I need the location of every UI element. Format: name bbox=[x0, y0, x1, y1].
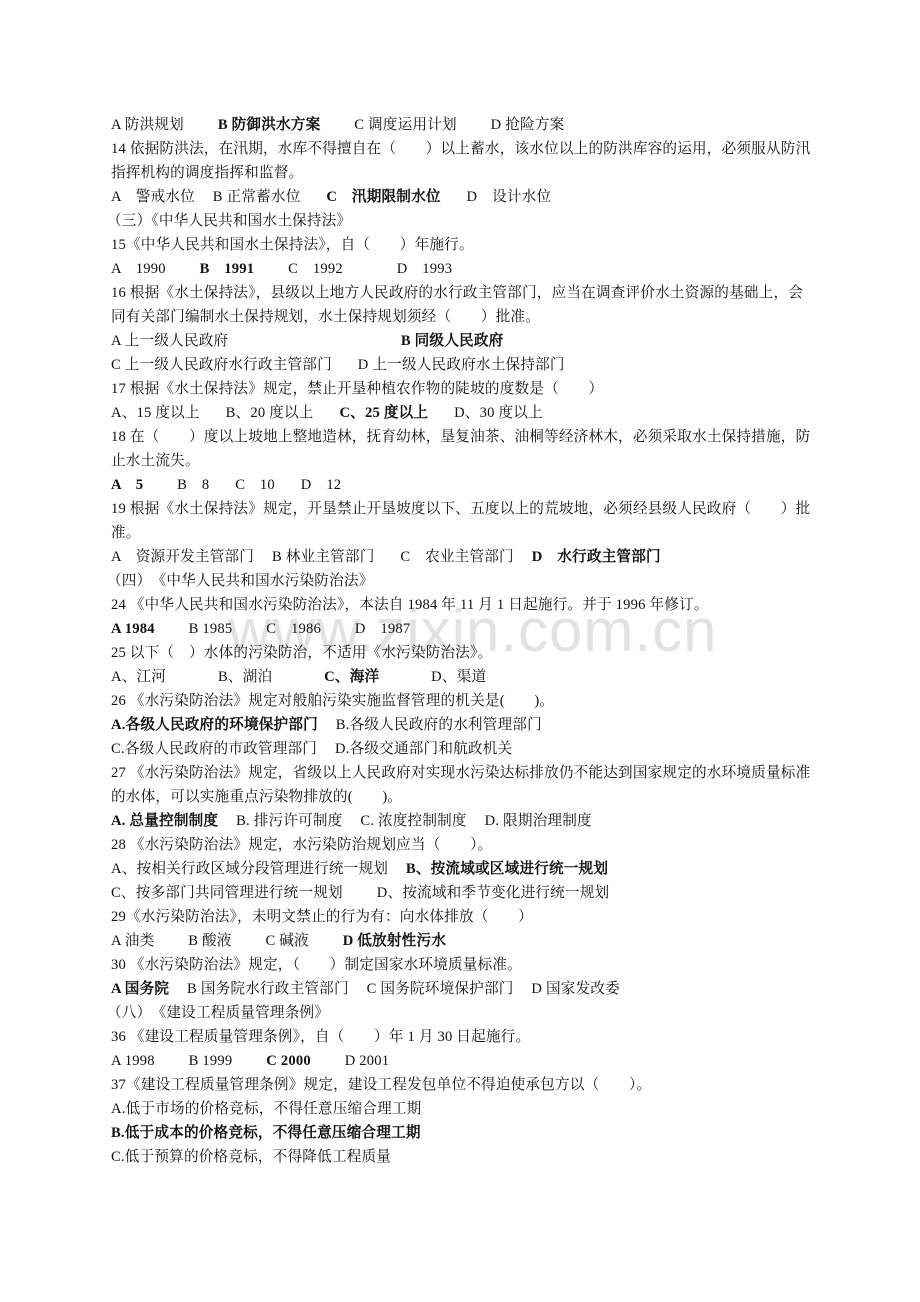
q14-options: A 警戒水位 B 正常蓄水位 C 汛期限制水位 D 设计水位 bbox=[111, 185, 816, 209]
q16-options-row1: A 上一级人民政府 B 同级人民政府 bbox=[111, 329, 816, 353]
option-d: D 国家发改委 bbox=[531, 977, 620, 1001]
q13-options: A 防洪规划 B 防御洪水方案 C 调度运用计划 D 抢险方案 bbox=[111, 113, 816, 137]
question-30: 30 《水污染防治法》规定，（ ）制定国家水环境质量标准。 bbox=[111, 953, 816, 977]
q24-options: A 1984 B 1985 C 1986 D 1987 bbox=[111, 617, 816, 641]
option-c: C 碱液 bbox=[265, 929, 308, 953]
question-19: 19 根据《水土保持法》规定，开垦禁止开垦坡度以下、五度以上的荒坡地，必须经县级… bbox=[111, 497, 816, 545]
q18-options: A 5 B 8 C 10 D 12 bbox=[111, 473, 816, 497]
option-a: A.低于市场的价格竞标，不得任意压缩合理工期 bbox=[111, 1097, 816, 1121]
q30-options: A 国务院 B 国务院水行政主管部门 C 国务院环境保护部门 D 国家发改委 bbox=[111, 977, 816, 1001]
option-b: B 国务院水行政主管部门 bbox=[187, 977, 349, 1001]
option-d: D 抢险方案 bbox=[491, 113, 565, 137]
option-c-answer: C、25 度以上 bbox=[339, 401, 428, 425]
option-a: A 资源开发主管部门 bbox=[111, 545, 254, 569]
option-b: B 酸液 bbox=[188, 929, 231, 953]
option-a: A 油类 bbox=[111, 929, 154, 953]
option-c: C 农业主管部门 bbox=[400, 545, 514, 569]
option-a: A、江河 bbox=[111, 665, 166, 689]
option-d: D、30 度以上 bbox=[454, 401, 543, 425]
question-25: 25 以下（ ）水体的污染防治，不适用《水污染防治法》。 bbox=[111, 641, 816, 665]
option-a: A、15 度以上 bbox=[111, 401, 200, 425]
option-a: A、按相关行政区域分段管理进行统一规划 bbox=[111, 857, 388, 881]
option-b: B、湖泊 bbox=[218, 665, 272, 689]
option-a-answer: A 5 bbox=[111, 473, 143, 497]
option-c-answer: C 2000 bbox=[266, 1049, 311, 1073]
question-26: 26 《水污染防治法》规定对般舶污染实施监督管理的机关是( )。 bbox=[111, 689, 816, 713]
option-c: C. 浓度控制制度 bbox=[360, 809, 466, 833]
option-d: D. 限期治理制度 bbox=[485, 809, 592, 833]
question-14: 14 依据防洪法，在汛期，水库不得擅自在（ ）以上蓄水，该水位以上的防洪库容的运… bbox=[111, 137, 816, 185]
question-24: 24 《中华人民共和国水污染防治法》，本法自 1984 年 11 月 1 日起施… bbox=[111, 593, 816, 617]
question-36: 36 《建设工程质量管理条例》，自（ ）年 1 月 30 日起施行。 bbox=[111, 1025, 816, 1049]
option-a: A 防洪规划 bbox=[111, 113, 184, 137]
option-c: C、按多部门共同管理进行统一规划 bbox=[111, 881, 343, 905]
option-a: A 1990 bbox=[111, 257, 166, 281]
question-17: 17 根据《水土保持法》规定，禁止开垦种植农作物的陡坡的度数是（ ） bbox=[111, 377, 816, 401]
q26-options-row1: A.各级人民政府的环境保护部门 B.各级人民政府的水利管理部门 bbox=[111, 713, 816, 737]
option-b: B.各级人民政府的水利管理部门 bbox=[336, 713, 542, 737]
option-b-answer: B、按流域或区域进行统一规划 bbox=[406, 857, 608, 881]
q15-options: A 1990 B 1991 C 1992 D 1993 bbox=[111, 257, 816, 281]
question-37: 37《建设工程质量管理条例》规定，建设工程发包单位不得迫使承包方以（ ）。 bbox=[111, 1073, 816, 1097]
option-c: C 1992 bbox=[288, 257, 343, 281]
question-16: 16 根据《水土保持法》，县级以上地方人民政府的水行政主管部门，应当在调查评价水… bbox=[111, 281, 816, 329]
option-d: D 12 bbox=[301, 473, 342, 497]
section-heading-3: （三）《中华人民共和国水土保持法》 bbox=[107, 209, 816, 233]
q28-options-row2: C、按多部门共同管理进行统一规划 D、按流域和季节变化进行统一规划 bbox=[111, 881, 816, 905]
option-d: D、按流域和季节变化进行统一规划 bbox=[377, 881, 610, 905]
option-d: D.各级交通部门和航政机关 bbox=[335, 737, 512, 761]
option-b-answer: B 同级人民政府 bbox=[401, 329, 504, 353]
option-c-answer: C 汛期限制水位 bbox=[326, 185, 440, 209]
q36-options: A 1998 B 1999 C 2000 D 2001 bbox=[111, 1049, 816, 1073]
option-c-answer: C、海洋 bbox=[324, 665, 379, 689]
q19-options: A 资源开发主管部门 B 林业主管部门 C 农业主管部门 D 水行政主管部门 bbox=[111, 545, 816, 569]
option-a-answer: A. 总量控制制度 bbox=[111, 809, 218, 833]
option-a-answer: A.各级人民政府的环境保护部门 bbox=[111, 713, 318, 737]
option-c: C 上一级人民政府水行政主管部门 bbox=[111, 353, 332, 377]
option-c: C.低于预算的价格竞标，不得降低工程质量 bbox=[111, 1145, 816, 1169]
option-a-answer: A 国务院 bbox=[111, 977, 169, 1001]
option-d: D 设计水位 bbox=[467, 185, 552, 209]
option-c: C 国务院环境保护部门 bbox=[367, 977, 514, 1001]
q27-options: A. 总量控制制度 B. 排污许可制度 C. 浓度控制制度 D. 限期治理制度 bbox=[111, 809, 816, 833]
question-27: 27 《水污染防治法》规定，省级以上人民政府对实现水污染达标排放仍不能达到国家规… bbox=[111, 761, 816, 809]
section-heading-4: （四） 《中华人民共和国水污染防治法》 bbox=[107, 569, 816, 593]
option-c: C.各级人民政府的市政管理部门 bbox=[111, 737, 317, 761]
q17-options: A、15 度以上 B、20 度以上 C、25 度以上 D、30 度以上 bbox=[111, 401, 816, 425]
option-c: C 10 bbox=[235, 473, 275, 497]
option-c: C 1986 bbox=[266, 617, 321, 641]
option-b: B 正常蓄水位 bbox=[213, 185, 301, 209]
option-a: A 上一级人民政府 bbox=[111, 329, 383, 353]
option-c: C 调度运用计划 bbox=[354, 113, 457, 137]
option-b: B. 排污许可制度 bbox=[236, 809, 342, 833]
option-b: B 林业主管部门 bbox=[272, 545, 375, 569]
option-d: D 2001 bbox=[345, 1049, 390, 1073]
q29-options: A 油类 B 酸液 C 碱液 D 低放射性污水 bbox=[111, 929, 816, 953]
option-b-answer: B 1991 bbox=[200, 257, 255, 281]
q26-options-row2: C.各级人民政府的市政管理部门 D.各级交通部门和航政机关 bbox=[111, 737, 816, 761]
option-a: A 1998 bbox=[111, 1049, 155, 1073]
option-b-answer: B 防御洪水方案 bbox=[218, 113, 321, 137]
section-heading-8: （八） 《建设工程质量管理条例》 bbox=[107, 1001, 816, 1025]
option-d: D 1987 bbox=[355, 617, 411, 641]
q16-options-row2: C 上一级人民政府水行政主管部门 D 上一级人民政府水土保持部门 bbox=[111, 353, 816, 377]
q28-options-row1: A、按相关行政区域分段管理进行统一规划 B、按流域或区域进行统一规划 bbox=[111, 857, 816, 881]
question-29: 29《水污染防治法》，未明文禁止的行为有：向水体排放（ ） bbox=[111, 905, 816, 929]
document-page: A 防洪规划 B 防御洪水方案 C 调度运用计划 D 抢险方案 14 依据防洪法… bbox=[111, 113, 816, 1169]
option-b-answer: B.低于成本的价格竞标，不得任意压缩合理工期 bbox=[111, 1121, 816, 1145]
q25-options: A、江河 B、湖泊 C、海洋 D、渠道 bbox=[111, 665, 816, 689]
option-b: B 1985 bbox=[189, 617, 233, 641]
option-b: B 1999 bbox=[189, 1049, 233, 1073]
option-d: D 1993 bbox=[397, 257, 453, 281]
option-a-answer: A 1984 bbox=[111, 617, 155, 641]
question-28: 28 《水污染防治法》规定，水污染防治规划应当（ ）。 bbox=[111, 833, 816, 857]
option-b: B 8 bbox=[177, 473, 209, 497]
option-d-answer: D 水行政主管部门 bbox=[532, 545, 661, 569]
option-a: A 警戒水位 bbox=[111, 185, 195, 209]
option-b: B、20 度以上 bbox=[226, 401, 314, 425]
option-d: D、渠道 bbox=[431, 665, 486, 689]
question-18: 18 在（ ）度以上坡地上整地造林，抚育幼林，垦复油茶、油桐等经济林木，必须采取… bbox=[111, 425, 816, 473]
question-15: 15《中华人民共和国水土保持法》，自（ ）年施行。 bbox=[111, 233, 816, 257]
option-d: D 上一级人民政府水土保持部门 bbox=[358, 353, 565, 377]
option-d-answer: D 低放射性污水 bbox=[343, 929, 446, 953]
